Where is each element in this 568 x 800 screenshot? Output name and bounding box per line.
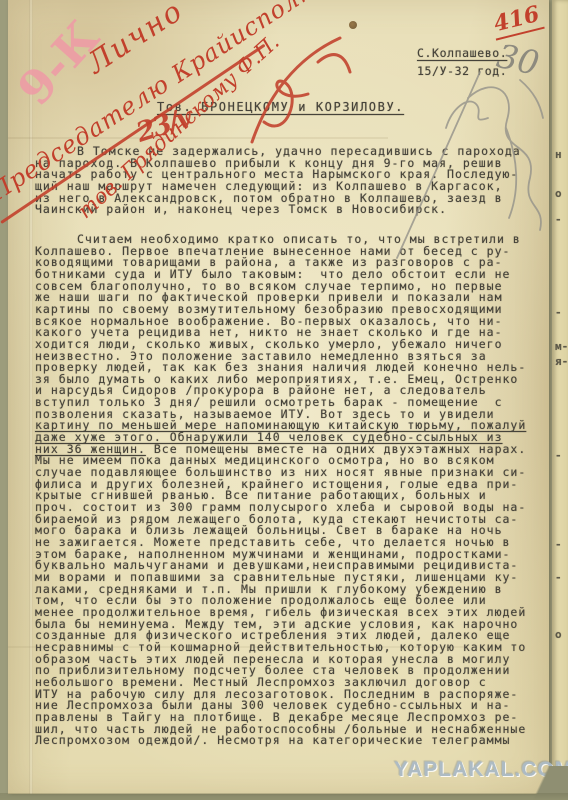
bleed-character: -: [555, 538, 562, 551]
bleed-character: -: [555, 449, 562, 462]
underlying-page-characters: но--м-я----оа: [554, 0, 568, 778]
bleed-character: о: [555, 187, 562, 200]
typed-line: Леспромхозом одеждой/. Несмотря на катег…: [35, 735, 555, 747]
bleed-character: -: [555, 306, 562, 319]
letter-body: В Томске не задержались, удачно пересади…: [35, 146, 555, 747]
place-line: С.Колпашево.: [417, 44, 507, 62]
bleed-character: я-: [555, 355, 568, 368]
letter-content: С.Колпашево. 15/У-32 год. Тов. БРОНЕЦКОМ…: [0, 0, 568, 800]
bleed-character: -: [555, 213, 562, 226]
bleed-character: н: [555, 148, 562, 161]
bleed-character: -: [555, 571, 562, 584]
bleed-character: о: [555, 628, 562, 641]
paragraph-report: Считаем необходимо кратко описать то, чт…: [35, 234, 555, 747]
dateline: С.Колпашево. 15/У-32 год.: [417, 44, 507, 80]
red-folio-number: 416: [489, 0, 544, 40]
bleed-character: м-: [555, 340, 568, 353]
pencil-folio-number: 30: [493, 36, 542, 83]
backing-bottom-edge: [0, 793, 568, 800]
scanned-letter: С.Колпашево. 15/У-32 год. Тов. БРОНЕЦКОМ…: [0, 0, 568, 800]
typed-line: Чаинский район и, наконец через Томск в …: [35, 204, 555, 216]
